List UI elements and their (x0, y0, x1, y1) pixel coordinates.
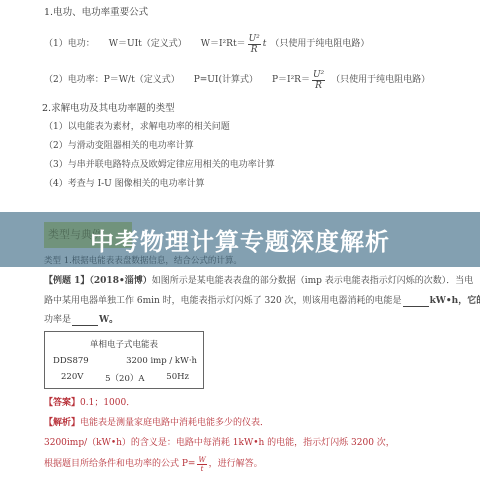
fraction-denominator: t (201, 465, 204, 473)
work-definition-formula: W＝UIt（定义式） (109, 39, 187, 50)
fraction-u2-over-r: U² R (248, 34, 261, 55)
question-type-item: （3）与串并联电路特点及欧姆定律应用相关的电功率计算 (44, 160, 275, 171)
fraction-numerator: W (197, 456, 206, 465)
example-source: （2018•淄博） (89, 276, 151, 286)
example-text: W。 (99, 315, 118, 325)
fraction-numerator: U² (248, 34, 261, 45)
analysis-text: 根据题目所给条件和电功率的公式 P= (44, 459, 195, 470)
meter-model: DDS879 (53, 356, 89, 366)
banner-title: 中考物理计算专题深度解析 (90, 222, 390, 257)
meter-row-1: DDS879 3200 imp / kW·h (53, 356, 197, 366)
example-text: kW•h，它的 (430, 296, 480, 306)
example-text: 路中某用电器单独工作 6min 时，电能表指示灯闪烁了 320 次，则该用电器消… (44, 296, 402, 306)
meter-constant: 3200 imp / kW·h (126, 356, 197, 366)
question-type-item: （4）考查与 I-U 图像相关的电功率计算 (44, 179, 205, 190)
power-label: （2）电功率： (44, 75, 104, 86)
analysis-text: ，进行解答。 (209, 459, 263, 470)
power-calc-formula: P=UI(计算式） (194, 75, 258, 86)
analysis-line-1: 【解析】电能表是测量家庭电路中消耗电能多少的仪表． (44, 418, 269, 429)
fraction-denominator: R (251, 45, 258, 55)
fraction-u2-over-r: U² R (312, 70, 325, 91)
power-note: （只使用于纯电阻电路） (331, 75, 430, 86)
example-line-3: 功率是W。 (44, 315, 118, 326)
example-text: 如图所示是某电能表表盘的部分数据（imp 表示电能表指示灯闪烁的次数）．当电 (152, 276, 474, 286)
example-text: 功率是 (44, 315, 71, 325)
question-type-item: （2）与滑动变阻器相关的电功率计算 (44, 141, 194, 152)
answer-line: 【答案】0.1；1000． (44, 398, 135, 409)
answer-blank (403, 297, 429, 307)
meter-title: 单相电子式电能表 (45, 338, 203, 350)
meter-voltage: 220V (61, 372, 83, 384)
analysis-line-2: 3200imp/（kW•h）的含义是：电路中每消耗 1kW•h 的电能，指示灯闪… (44, 438, 395, 449)
answer-label: 【答案】 (44, 398, 80, 408)
analysis-line-3: 根据题目所给条件和电功率的公式 P= W t ，进行解答。 (44, 456, 263, 473)
answer-blank (72, 316, 98, 326)
section1-heading: 1.电功、电功率重要公式 (44, 7, 148, 18)
electric-meter-figure: 单相电子式电能表 DDS879 3200 imp / kW·h 220V 5（2… (44, 331, 204, 389)
meter-current: 5（20）A (105, 372, 144, 384)
work-pure-formula-prefix: W＝I²Rt＝ (201, 39, 246, 50)
meter-row-2: 220V 5（20）A 50Hz (61, 372, 189, 384)
meter-frequency: 50Hz (166, 372, 189, 384)
power-definition-formula: P＝W/t（定义式） (104, 75, 180, 86)
formula-line-power: （2）电功率： P＝W/t（定义式） P=UI(计算式） P＝I²R＝ U² R… (44, 70, 430, 91)
answer-value: 0.1；1000． (80, 398, 135, 408)
work-pure-formula-suffix: t (263, 39, 267, 50)
analysis-label: 【解析】 (44, 418, 80, 428)
analysis-text: 电能表是测量家庭电路中消耗电能多少的仪表． (80, 418, 269, 428)
fraction-denominator: R (315, 81, 322, 91)
example-label: 【例题 1】 (44, 276, 89, 286)
question-type-item: （1）以电能表为素材，求解电功率的相关问题 (44, 122, 230, 133)
section2-heading: 2.求解电功及其电功率题的类型 (42, 103, 175, 114)
fraction-w-over-t: W t (197, 456, 206, 473)
title-banner: 类型与典例 类型 1.根据电能表表盘数据信息，结合公式的计算。 中考物理计算专题… (0, 212, 480, 267)
power-pure-formula-prefix: P＝I²R＝ (272, 75, 310, 86)
formula-line-work: （1）电功： W＝UIt（定义式） W＝I²Rt＝ U² R t （只使用于纯电… (44, 34, 369, 55)
fraction-numerator: U² (312, 70, 325, 81)
work-note: （只使用于纯电阻电路） (270, 39, 369, 50)
work-label: （1）电功： (44, 39, 95, 50)
example-line-2: 路中某用电器单独工作 6min 时，电能表指示灯闪烁了 320 次，则该用电器消… (44, 296, 480, 307)
example-line-1: 【例题 1】（2018•淄博）如图所示是某电能表表盘的部分数据（imp 表示电能… (44, 276, 473, 287)
